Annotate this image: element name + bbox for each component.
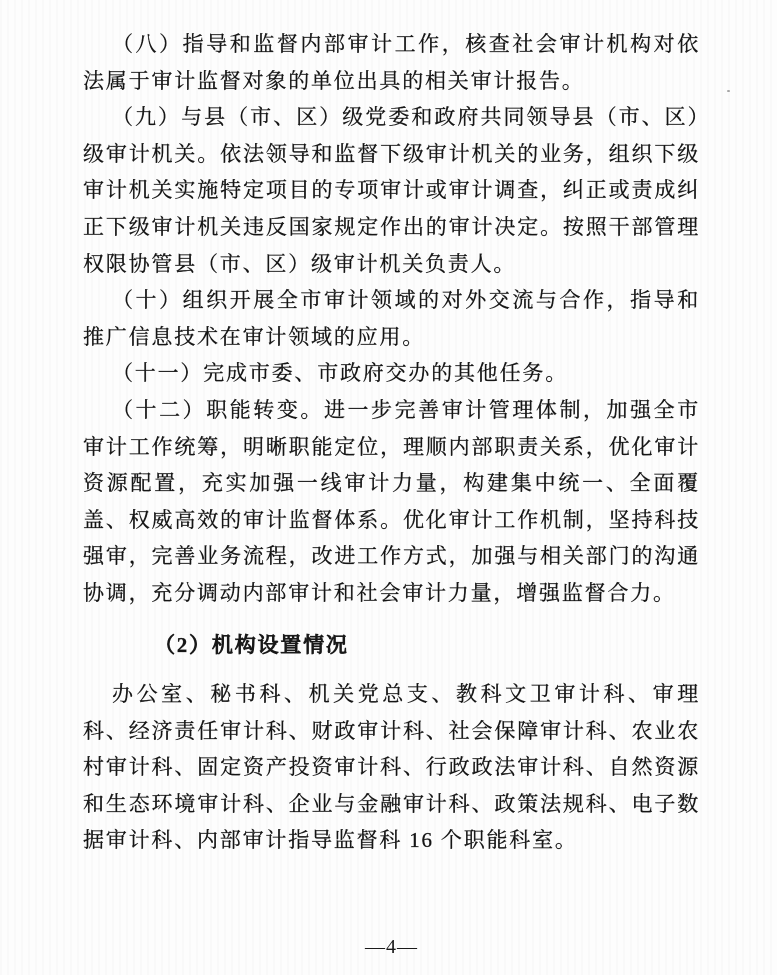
document-page: （八）指导和监督内部审计工作，核查社会审计机构对依法属于审计监督对象的单位出具的… xyxy=(0,0,777,975)
body-paragraph: （十一）完成市委、市政府交办的其他任务。 xyxy=(83,355,700,392)
scan-speck-artifact xyxy=(727,90,730,92)
section-heading: （2）机构设置情况 xyxy=(83,627,700,664)
page-number: —4— xyxy=(83,936,700,959)
body-paragraph: （九）与县（市、区）级党委和政府共同领导县（市、区）级审计机关。依法领导和监督下… xyxy=(83,99,700,282)
body-paragraph: 办公室、秘书科、机关党总支、教科文卫审计科、审理科、经济责任审计科、财政审计科、… xyxy=(83,676,700,859)
body-paragraph: （十二）职能转变。进一步完善审计管理体制，加强全市审计工作统筹，明晰职能定位，理… xyxy=(83,392,700,612)
body-paragraph: （十）组织开展全市审计领域的对外交流与合作，指导和推广信息技术在审计领域的应用。 xyxy=(83,282,700,355)
document-body: （八）指导和监督内部审计工作，核查社会审计机构对依法属于审计监督对象的单位出具的… xyxy=(83,26,700,859)
body-paragraph: （八）指导和监督内部审计工作，核查社会审计机构对依法属于审计监督对象的单位出具的… xyxy=(83,26,700,99)
